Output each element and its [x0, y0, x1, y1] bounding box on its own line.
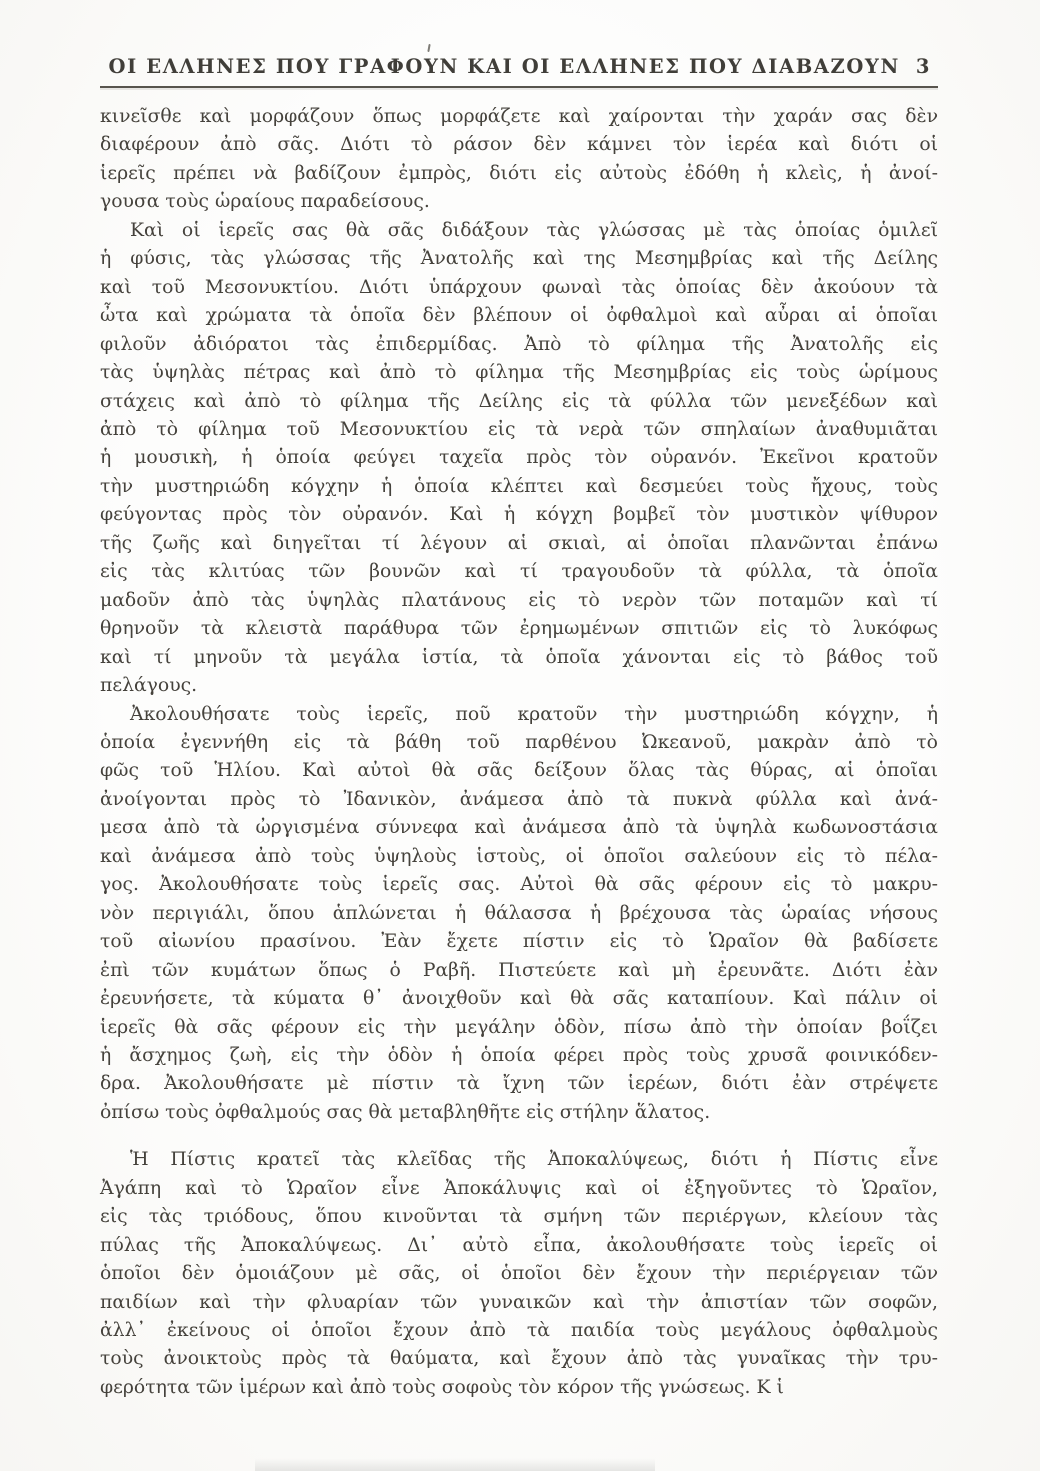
text-line: κινεῖσθε καὶ μορφάζουν ὅπως μορφάζετε κα… — [100, 103, 938, 131]
ink-speck — [427, 44, 430, 52]
text-line: φεύγοντας πρὸς τὸν οὐρανόν. Καὶ ἡ κόγχη … — [100, 501, 938, 529]
text-line: ἐρευνήσετε, τὰ κύματα θ᾽ ἀνοιχθοῦν καὶ θ… — [100, 985, 938, 1013]
text-line: ἀνοίγονται πρὸς τὸ Ἰδανικὸν, ἀνάμεσα ἀπὸ… — [100, 786, 938, 814]
text-line: ἀλλ᾽ ἐκείνους οἱ ὁποῖοι ἔχουν ἀπὸ τὰ παι… — [100, 1317, 938, 1345]
text-line: φῶς τοῦ Ἡλίου. Καὶ αὐτοὶ θὰ σᾶς δείξουν … — [100, 757, 938, 785]
page-content: ΟΙ ΕΛΛΗΝΕΣ ΠΟΥ ΓΡΑΦΟΥΝ ΚΑΙ ΟΙ ΕΛΛΗΝΕΣ ΠΟ… — [100, 54, 938, 1402]
text-line: ὁποία ἐγεννήθη εἰς τὰ βάθη τοῦ παρθένου … — [100, 729, 938, 757]
text-line: γος. Ἀκολουθήσατε τοὺς ἱερεῖς σας. Αὐτοὶ… — [100, 871, 938, 899]
text-line: Ἀγάπη καὶ τὸ Ὡραῖον εἶνε Ἀποκάλυψις καὶ … — [100, 1175, 938, 1203]
text-line: πελάγους. — [100, 672, 938, 700]
text-line: ἡ μουσικὴ, ἡ ὁποία φεύγει ταχεῖα πρὸς τὸ… — [100, 444, 938, 472]
text-line: παιδίων καὶ τὴν φλυαρίαν τῶν γυναικῶν κα… — [100, 1289, 938, 1317]
text-line: εἰς τὰς κλιτύας τῶν βουνῶν καὶ τί τραγου… — [100, 558, 938, 586]
text-line: ὀπίσω τοὺς ὀφθαλμούς σας θὰ μεταβληθῆτε … — [100, 1099, 938, 1127]
text-line: ἐπὶ τῶν κυμάτων ὅπως ὁ Ραβῆ. Πιστεύετε κ… — [100, 957, 938, 985]
text-line: ἱερεῖς θὰ σᾶς φέρουν εἰς τὴν μεγάλην ὁδὸ… — [100, 1014, 938, 1042]
paragraph-4: Ἡ Πίστις κρατεῖ τὰς κλεῖδας τῆς Ἀποκαλύψ… — [100, 1146, 938, 1402]
text-line: τὰς ὑψηλὰς πέτρας καὶ ἀπὸ τὸ φίλημα τῆς … — [100, 359, 938, 387]
text-line: δρα. Ἀκολουθήσατε μὲ πίστιν τὰ ἴχνη τῶν … — [100, 1070, 938, 1098]
header-rule — [100, 86, 938, 88]
text-line: εἰς τὰς τριόδους, ὅπου κινοῦνται τὰ σμήν… — [100, 1203, 938, 1231]
page-header: ΟΙ ΕΛΛΗΝΕΣ ΠΟΥ ΓΡΑΦΟΥΝ ΚΑΙ ΟΙ ΕΛΛΗΝΕΣ ΠΟ… — [100, 54, 938, 80]
scan-shadow-artifact — [255, 1455, 655, 1471]
page-number: 3 — [916, 54, 930, 80]
text-line: γουσα τοὺς ὡραίους παραδείσους. — [100, 188, 938, 216]
text-line: ἡ φύσις, τὰς γλώσσας τῆς Ἀνατολῆς καὶ τη… — [100, 245, 938, 273]
text-line: Καὶ οἱ ἱερεῖς σας θὰ σᾶς διδάξουν τὰς γλ… — [100, 217, 938, 245]
text-line: ἱερεῖς πρέπει νὰ βαδίζουν ἐμπρὸς, διότι … — [100, 160, 938, 188]
text-line: ὁποῖοι δὲν ὁμοιάζουν μὲ σᾶς, οἱ ὁποῖοι δ… — [100, 1260, 938, 1288]
paragraph-2: Καὶ οἱ ἱερεῖς σας θὰ σᾶς διδάξουν τὰς γλ… — [100, 217, 938, 701]
text-line: νὸν περιγιάλι, ὅπου ἁπλώνεται ἡ θάλασσα … — [100, 900, 938, 928]
book-page: ΟΙ ΕΛΛΗΝΕΣ ΠΟΥ ΓΡΑΦΟΥΝ ΚΑΙ ΟΙ ΕΛΛΗΝΕΣ ΠΟ… — [0, 0, 1040, 1471]
text-line: τοῦ αἰωνίου πρασίνου. Ἐὰν ἔχετε πίστιν ε… — [100, 928, 938, 956]
running-title: ΟΙ ΕΛΛΗΝΕΣ ΠΟΥ ΓΡΑΦΟΥΝ ΚΑΙ ΟΙ ΕΛΛΗΝΕΣ ΠΟ… — [109, 54, 900, 80]
text-line: μαδοῦν ἀπὸ τὰς ὑψηλὰς πλατάνους εἰς τὸ ν… — [100, 587, 938, 615]
text-line: καὶ τί μηνοῦν τὰ μεγάλα ἱστία, τὰ ὁποῖα … — [100, 644, 938, 672]
text-line: τῆς ζωῆς καὶ διηγεῖται τί λέγουν αἱ σκια… — [100, 530, 938, 558]
text-line: τοὺς ἀνοικτοὺς πρὸς τὰ θαύματα, καὶ ἔχου… — [100, 1345, 938, 1373]
text-line: φιλοῦν ἀδιόρατοι τὰς ἐπιδερμίδας. Ἀπὸ τὸ… — [100, 331, 938, 359]
text-line: ὦτα καὶ χρώματα τὰ ὁποῖα δὲν βλέπουν οἱ … — [100, 302, 938, 330]
text-line: διαφέρουν ἀπὸ σᾶς. Διότι τὸ ράσον δὲν κά… — [100, 131, 938, 159]
text-line: φερότητα τῶν ἱμέρων καὶ ἀπὸ τοὺς σοφοὺς … — [100, 1374, 938, 1402]
text-line: ἀπὸ τὸ φίλημα τοῦ Μεσονυκτίου εἰς τὰ νερ… — [100, 416, 938, 444]
paragraph-1: κινεῖσθε καὶ μορφάζουν ὅπως μορφάζετε κα… — [100, 103, 938, 217]
text-line: στάχεις καὶ ἀπὸ τὸ φίλημα τῆς Δείλης εἰς… — [100, 388, 938, 416]
text-line: καὶ ἀνάμεσα ἀπὸ τοὺς ὑψηλοὺς ἱστοὺς, οἱ … — [100, 843, 938, 871]
text-line: θρηνοῦν τὰ κλειστὰ παράθυρα τῶν ἐρημωμέν… — [100, 615, 938, 643]
text-line: τὴν μυστηριώδη κόγχην ἡ ὁποία κλέπτει κα… — [100, 473, 938, 501]
text-line: καὶ τοῦ Μεσονυκτίου. Διότι ὑπάρχουν φωνα… — [100, 274, 938, 302]
text-line: Ἀκολουθήσατε τοὺς ἱερεῖς, ποῦ κρατοῦν τὴ… — [100, 701, 938, 729]
text-block: κινεῖσθε καὶ μορφάζουν ὅπως μορφάζετε κα… — [100, 103, 938, 1402]
text-line: πύλας τῆς Ἀποκαλύψεως. Δι᾽ αὐτὸ εἶπα, ἀκ… — [100, 1232, 938, 1260]
text-line: Ἡ Πίστις κρατεῖ τὰς κλεῖδας τῆς Ἀποκαλύψ… — [100, 1146, 938, 1174]
paragraph-3: Ἀκολουθήσατε τοὺς ἱερεῖς, ποῦ κρατοῦν τὴ… — [100, 701, 938, 1128]
text-line: ἡ ἄσχημος ζωὴ, εἰς τὴν ὁδὸν ἡ ὁποία φέρε… — [100, 1042, 938, 1070]
text-line: μεσα ἀπὸ τὰ ὠργισμένα σύννεφα καὶ ἀνάμεσ… — [100, 814, 938, 842]
